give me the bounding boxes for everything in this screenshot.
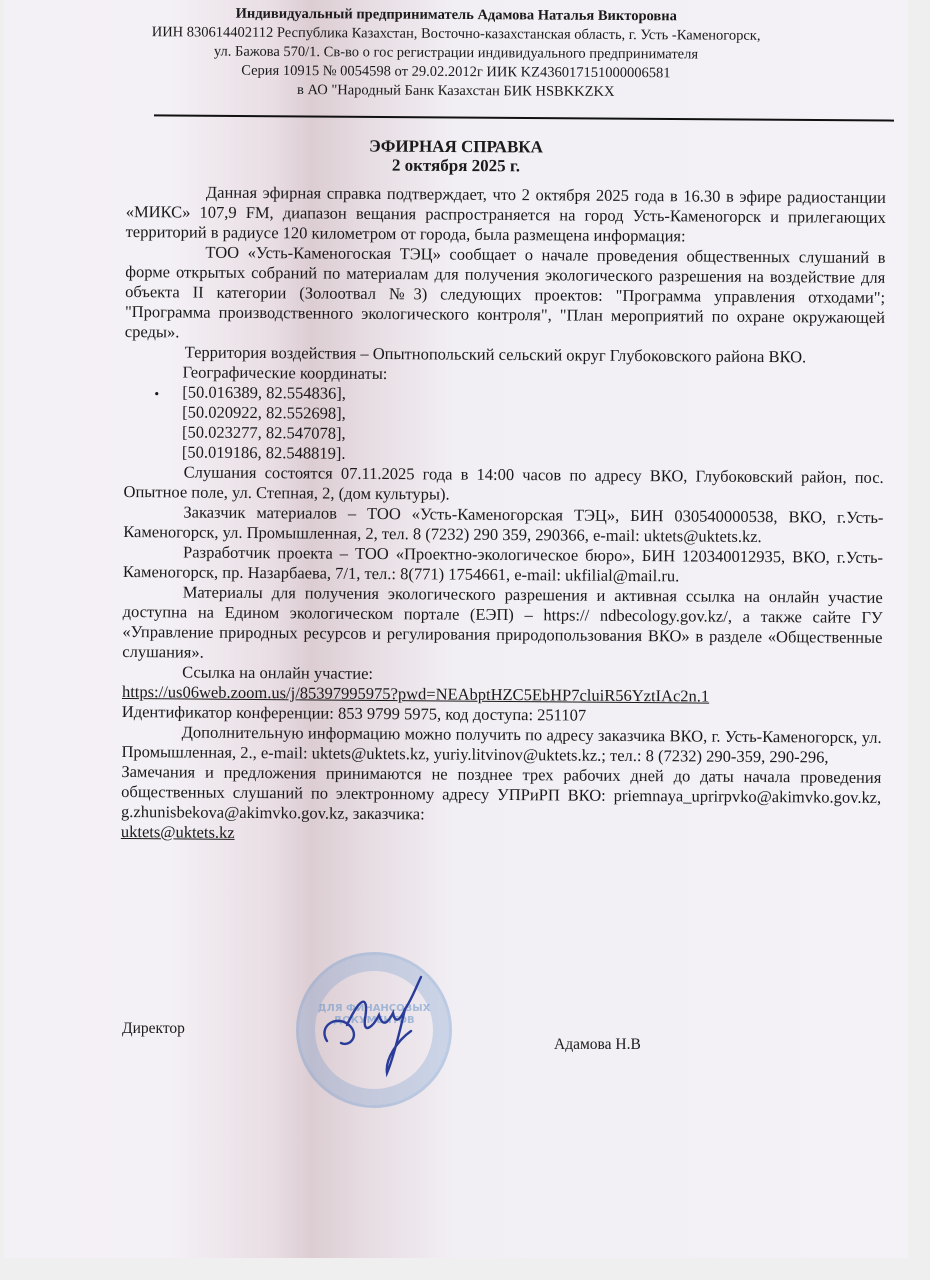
hearing-paragraph: Слушания состоятся 07.11.2025 года в 14:… <box>123 462 883 508</box>
official-stamp: ДЛЯ ФИНАНСОВЫХ ДОКУМЕНТОВ <box>296 952 452 1108</box>
materials-paragraph: Материалы для получения экологического р… <box>122 582 883 668</box>
signature-icon <box>299 955 449 1105</box>
letterhead-divider <box>154 114 894 121</box>
document-date: 2 октября 2025 г. <box>4 154 908 178</box>
customer-paragraph: Заказчик материалов – ТОО «Усть-Каменого… <box>123 502 883 548</box>
letterhead: Индивидуальный предприниматель Адамова Н… <box>4 3 908 104</box>
document-body: Данная эфирная справка подтверждает, что… <box>121 182 886 848</box>
bullet-icon: • <box>154 385 159 405</box>
comments-paragraph: Замечания и предложения принимаются не п… <box>121 762 881 828</box>
signatory-title: Директор <box>122 1020 185 1038</box>
intro-paragraph: Данная эфирная справка подтверждает, что… <box>126 182 886 248</box>
additional-info-paragraph: Дополнительную информацию можно получить… <box>121 722 881 768</box>
document-title: ЭФИРНАЯ СПРАВКА 2 октября 2025 г. <box>4 135 908 178</box>
signatory-name: Адамова Н.В <box>554 1036 641 1054</box>
developer-paragraph: Разработчик проекта – ТОО «Проектно-экол… <box>123 542 883 588</box>
announcement-paragraph: ТОО «Усть-Каменогоская ТЭЦ» сообщает о н… <box>125 242 886 348</box>
coordinates-block: • Географические координаты: [50.016389,… <box>124 362 885 468</box>
scanned-page: Индивидуальный предприниматель Адамова Н… <box>4 0 908 1258</box>
